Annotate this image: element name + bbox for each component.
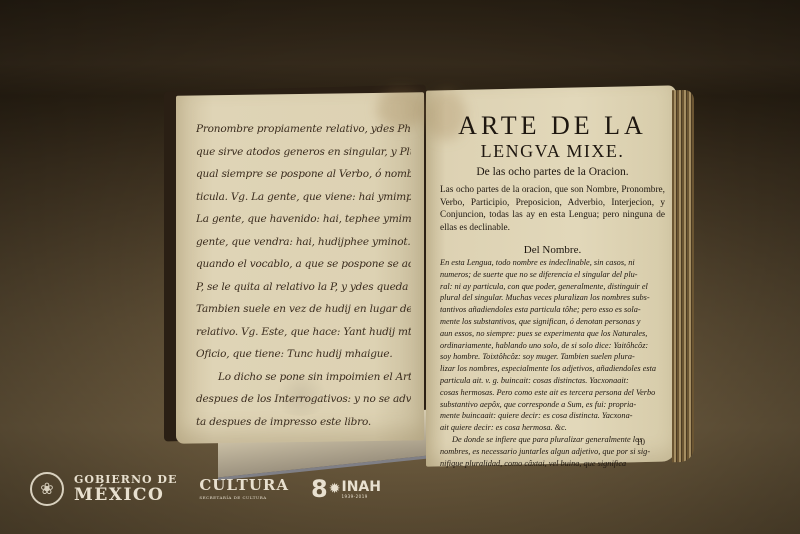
handwritten-line: Oficio, que tiene: Tunc hudij mhaigue. [196, 343, 411, 366]
handwritten-line: Pronombre propiamente relativo, ydes Phe… [196, 118, 411, 141]
handwritten-line: Tambien suele en vez de hudij en lugar d… [196, 298, 411, 321]
gobierno-line1: GOBIERNO DE [74, 474, 177, 485]
handwritten-line: P, se le quita al relativo la P, y ydes … [196, 276, 411, 299]
gobierno-line2: MÉXICO [74, 487, 177, 504]
body-line: cosas hermosas. Pero como este ait es te… [440, 387, 665, 399]
handwritten-line: qual siempre se pospone al Verbo, ó nomb… [196, 163, 411, 186]
handwritten-line: quando el vocablo, a que se pospone se a… [196, 253, 411, 276]
book-fore-edge [672, 90, 694, 462]
body-line: plural del singular. Muchas veces plural… [440, 292, 665, 304]
section-heading: Del Nombre. [440, 243, 665, 257]
institution-logos: ❀ GOBIERNO DE MÉXICO CULTURA SECRETARÍA … [30, 472, 381, 506]
body-line: lizar los nombres, especialmente los adj… [440, 363, 665, 375]
book-title-line2: LENGVA MIXE. [440, 140, 665, 162]
handwritten-line: ta despues de impresso este libro. [196, 411, 411, 434]
body-line: ral: ni ay particula, con que poder, gen… [440, 281, 665, 293]
gobierno-de-mexico-logo: GOBIERNO DE MÉXICO [74, 474, 177, 504]
cultura-text: CULTURA [199, 478, 289, 493]
handwritten-text: Pronombre propiamente relativo, ydes Phe… [196, 118, 411, 433]
sun-gear-icon: ✹ [329, 481, 341, 497]
body-line: numeros; de suerte que no se diferencia … [440, 269, 665, 281]
handwritten-line: despues de los Interrogativos: y no se a… [196, 388, 411, 411]
body-line: mente buincaait: quiere decir: es cosa d… [440, 410, 665, 422]
page-number: 10 [636, 437, 645, 447]
chapter-subtitle: De las ocho partes de la Oracion. [440, 164, 665, 180]
handwritten-line: gente, que vendra: hai, hudijphee yminot… [196, 231, 411, 254]
handwritten-line: relativo. Vg. Este, que hace: Yant hudij… [196, 321, 411, 344]
intro-paragraph: Las ocho partes de la oracion, que son N… [440, 184, 665, 234]
body-line: aun essos, no siempre: pues se experimen… [440, 328, 665, 340]
body-line: particula ait. v. g. buincait: cosas dis… [440, 375, 665, 387]
inah-number: 8 [311, 477, 328, 501]
handwritten-line: La gente, que havenido: hai, tephee ymim… [196, 208, 411, 231]
national-seal-icon: ❀ [30, 472, 64, 506]
handwritten-line: ticula. Vg. La gente, que viene: hai ymi… [196, 186, 411, 209]
inah-name: INAH [341, 480, 380, 494]
body-line: ait quiere decir: es cosa hermosa. &c. [440, 422, 665, 434]
body-text: En esta Lengua, todo nombre es indeclina… [440, 257, 665, 469]
cultura-subtext: SECRETARÍA DE CULTURA [199, 495, 289, 500]
body-line: De donde se infiere que para pluralizar … [440, 434, 665, 446]
handwritten-line: Lo dicho se pone sin impoimien el Arte [196, 366, 411, 389]
antique-book: Pronombre propiamente relativo, ydes Phe… [158, 84, 703, 469]
inah-years: 1939-2019 [341, 494, 380, 499]
body-line: En esta Lengua, todo nombre es indeclina… [440, 257, 665, 269]
book-title-line1: ARTE DE LA [440, 112, 665, 140]
body-line: soy hombre. Toixtôhcôz: soy muger. Tambi… [440, 351, 665, 363]
body-line: mente los substantivos, que significan, … [440, 316, 665, 328]
body-line: ordinariamente, hablando uno solo, de si… [440, 340, 665, 352]
body-line: substantivo aepôx, que corresponde a Sum… [440, 399, 665, 411]
handwritten-line: que sirve atodos generos en singular, y … [196, 141, 411, 164]
cultura-logo: CULTURA SECRETARÍA DE CULTURA [199, 478, 289, 500]
inah-logo: 8 ✹ INAH 1939-2019 [311, 477, 381, 501]
printed-text: ARTE DE LA LENGVA MIXE. De las ocho part… [440, 112, 665, 469]
body-line: nombres, es necessario juntarles algun a… [440, 446, 665, 458]
body-line: nifique pluralidad, como câxtai, vel bui… [440, 458, 665, 470]
body-line: tantivos añadiendoles esta particula tôh… [440, 304, 665, 316]
